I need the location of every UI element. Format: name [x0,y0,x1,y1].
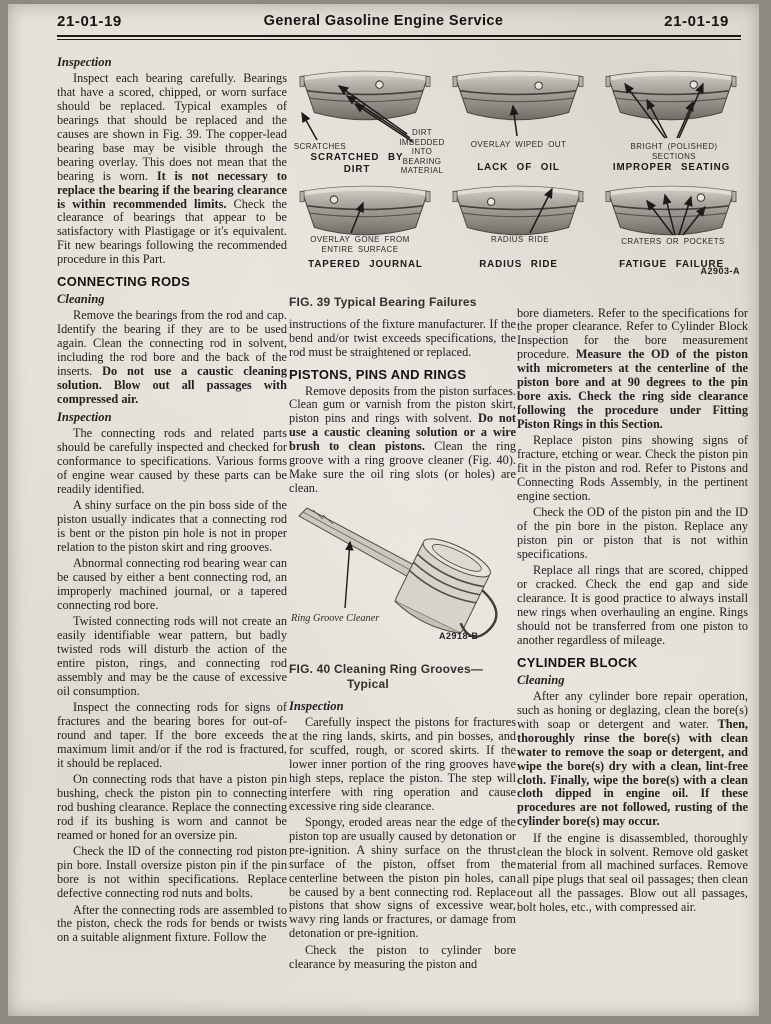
figure-code: A2903-A [700,266,740,276]
paragraph: Inspect the connecting rods for signs of… [57,701,287,771]
column-right: bore diameters. Refer to the specificati… [517,304,748,915]
paragraph: After any cylinder bore repair operation… [517,690,748,829]
figure-caption: IMPROPER SEATING [595,162,748,174]
figure-label: RADIUS RIDE [470,235,570,245]
figure-caption: RADIUS RIDE [442,259,595,271]
paragraph: Remove the bearings from the rod and cap… [57,309,287,406]
section-heading-cylinder-block: CYLINDER BLOCK [517,656,748,670]
paragraph: Replace all rings that are scored, chipp… [517,564,748,647]
figure-label: OVERLAY GONE FROM ENTIRE SURFACE [295,235,425,254]
bearing-cell-tapered-journal: OVERLAY GONE FROM ENTIRE SURFACE TAPERED… [289,177,442,296]
figure-label: CRATERS OR POCKETS [611,237,735,247]
column-middle: FIG. 39 Typical Bearing Failures instruc… [289,296,516,972]
figure-39-caption: FIG. 39 Typical Bearing Failures [289,296,516,310]
bearing-cell-improper-seating: BRIGHT (POLISHED) SECTIONS IMPROPER SEAT… [595,58,748,177]
paragraph: instructions of the fixture manufacturer… [289,318,516,360]
header-rule-thick [57,35,741,37]
figure-label: BRIGHT (POLISHED) SECTIONS [615,142,733,161]
section-heading-pistons-pins-rings: PISTONS, PINS AND RINGS [289,368,516,382]
bearing-cell-radius-ride: RADIUS RIDE RADIUS RIDE [442,177,595,296]
header-rule [57,35,741,40]
bearing-cell-fatigue-failure: CRATERS OR POCKETS FATIGUE FAILURE [595,177,748,296]
bearing-cell-lack-of-oil: OVERLAY WIPED OUT LACK OF OIL [442,58,595,177]
paragraph: Replace piston pins showing signs of fra… [517,434,748,504]
figure-caption: SCRATCHED BY DIRT [305,152,409,175]
paragraph-bold: Then, thoroughly rinse the bore(s) with … [517,717,748,828]
paragraph: The connecting rods and related parts sh… [57,427,287,497]
paragraph: Inspect each bearing carefully. Bearings… [57,72,287,267]
subheading-inspection: Inspection [289,700,516,714]
piston-cleaning-illustration [289,502,515,652]
figure-40-caption-line2: Typical [289,677,516,692]
figure-40-caption: FIG. 40 Cleaning Ring Grooves— Typical [289,662,516,692]
paragraph: Check the ID of the connecting rod pisto… [57,845,287,901]
manual-page: 21-01-19 General Gasoline Engine Service… [8,4,759,1016]
section-heading-connecting-rods: CONNECTING RODS [57,275,287,289]
paragraph: Carefully inspect the pistons for fractu… [289,716,516,813]
paragraph: A shiny surface on the pin boss side of … [57,499,287,555]
ring-groove-cleaner-label: Ring Groove Cleaner [291,612,379,626]
figure-39-bearing-failures: SCRATCHES DIRT IMBEDDED INTO BEARING MAT… [289,58,748,296]
paragraph-text: After any cylinder bore repair operation… [517,689,748,731]
paragraph: bore diameters. Refer to the specificati… [517,307,748,432]
paragraph: On connecting rods that have a piston pi… [57,773,287,843]
page-title: General Gasoline Engine Service [8,13,759,29]
figure-caption: LACK OF OIL [442,162,595,174]
subheading-inspection: Inspection [57,56,287,70]
subheading-cleaning: Cleaning [517,674,748,688]
paragraph: Check the OD of the piston pin and the I… [517,506,748,562]
figure-code: A2918-B [439,630,479,644]
paragraph: If the engine is disassembled, thoroughl… [517,832,748,915]
bearing-cell-scratched-by-dirt: SCRATCHES DIRT IMBEDDED INTO BEARING MAT… [289,58,442,177]
paragraph: Remove deposits from the piston surfaces… [289,385,516,496]
paragraph-text: Inspect each bearing carefully. Bearings… [57,71,287,182]
figure-40-ring-groove-cleaner: Ring Groove Cleaner A2918-B [289,502,516,660]
paragraph: After the connecting rods are assembled … [57,904,287,946]
arrow-overlay [442,58,595,177]
figure-caption: TAPERED JOURNAL [289,259,442,271]
figure-label: OVERLAY WIPED OUT [466,140,571,150]
figure-40-caption-line1: FIG. 40 Cleaning Ring Grooves— [289,662,483,676]
figure-label: SCRATCHES [289,142,351,152]
column-left: Inspection Inspect each bearing carefull… [57,52,287,945]
paragraph: Spongy, eroded areas near the edge of th… [289,816,516,941]
paragraph: Check the piston to cylinder bore cleara… [289,944,516,972]
subheading-inspection: Inspection [57,411,287,425]
paragraph: Abnormal connecting rod bearing wear can… [57,557,287,613]
header-rule-thin [57,39,741,40]
page-number-right: 21-01-19 [664,13,729,30]
paragraph: Twisted connecting rods will not create … [57,615,287,698]
subheading-cleaning: Cleaning [57,293,287,307]
